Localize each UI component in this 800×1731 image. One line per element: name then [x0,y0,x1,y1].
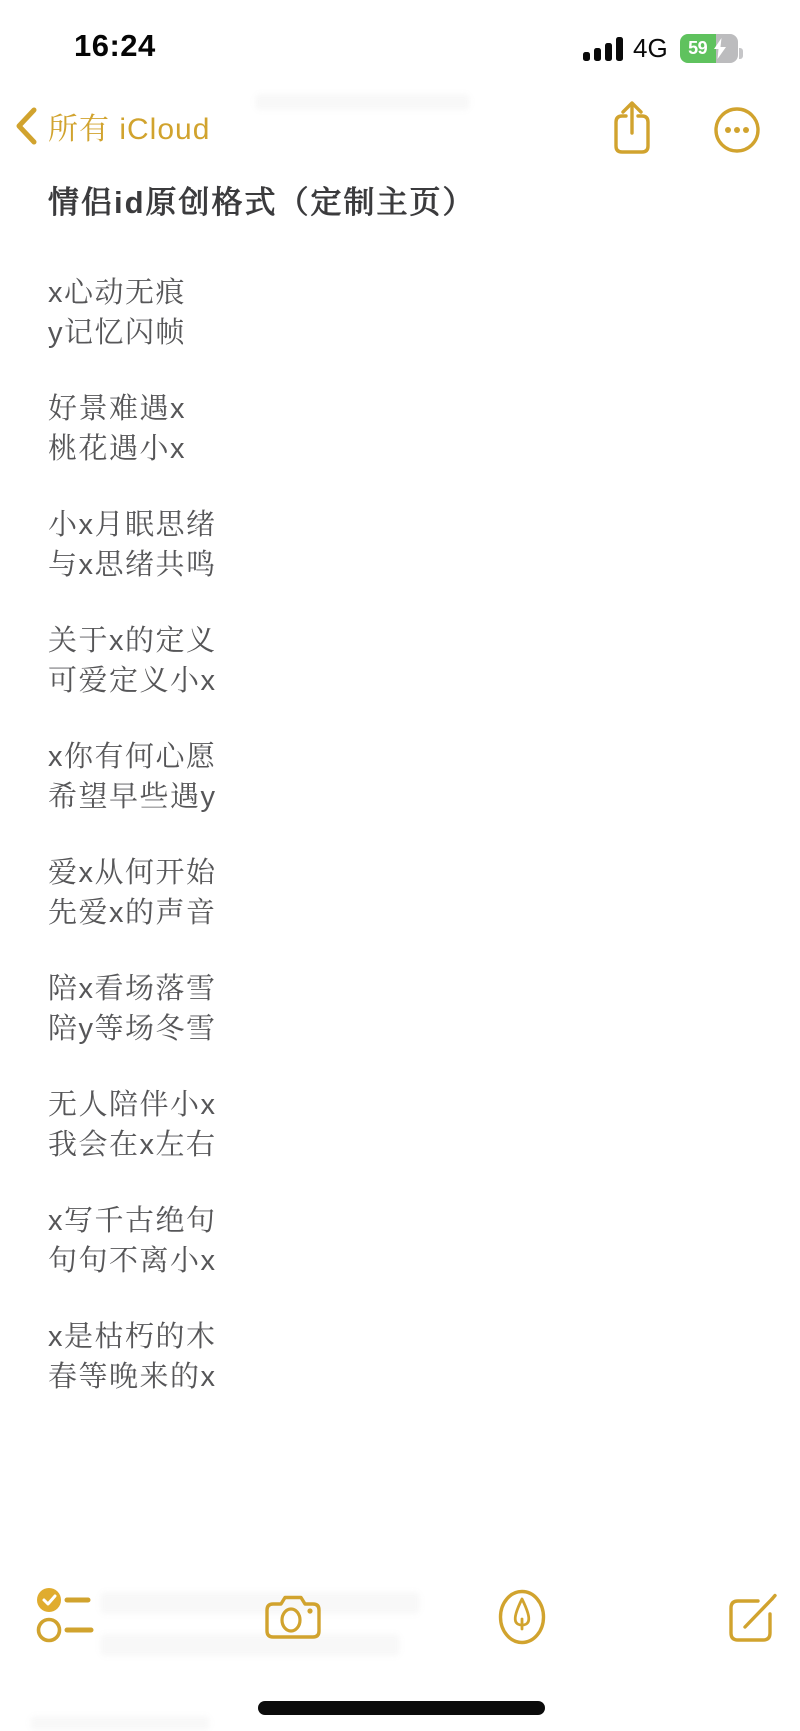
id-pair: x是枯朽的木 春等晚来的x [48,1317,760,1397]
charging-bolt-icon [713,38,727,59]
notes-app-screen: 16:24 4G 59 所有 iCloud [0,0,800,1731]
id-line: 先爱x的声音 [48,893,760,933]
back-button[interactable]: 所有 iCloud [14,104,210,148]
id-line: 爱x从何开始 [48,853,760,893]
id-pair: 好景难遇x 桃花遇小x [48,389,760,469]
id-pair: x你有何心愿 希望早些遇y [48,737,760,817]
id-line: 桃花遇小x [48,429,760,469]
checklist-icon [36,1586,96,1644]
more-options-button[interactable] [713,106,761,159]
note-title: 情侣id原创格式（定制主页） [48,183,760,223]
id-pair: 关于x的定义 可爱定义小x [48,621,760,701]
id-line: 陪y等场冬雪 [48,1009,760,1049]
id-line: 希望早些遇y [48,777,760,817]
battery-cap [739,48,743,59]
chevron-left-icon [14,106,38,146]
share-icon [609,100,655,156]
checklist-button[interactable] [36,1586,96,1649]
id-line: 我会在x左右 [48,1125,760,1165]
camera-icon [264,1594,322,1640]
id-line: 与x思绪共鸣 [48,545,760,585]
id-line: 陪x看场落雪 [48,969,760,1009]
battery-percent: 59 [688,38,707,59]
id-pair: 爱x从何开始 先爱x的声音 [48,853,760,933]
id-pair: x心动无痕 y记忆闪帧 [48,273,760,353]
markup-button[interactable] [497,1588,547,1651]
id-pair: x写千古绝句 句句不离小x [48,1201,760,1281]
id-line: x心动无痕 [48,273,760,313]
home-indicator[interactable] [258,1701,545,1715]
share-button[interactable] [609,100,655,161]
id-line: 可爱定义小x [48,661,760,701]
cellular-signal-icon [583,37,623,61]
id-pair: 陪x看场落雪 陪y等场冬雪 [48,969,760,1049]
id-pair: 无人陪伴小x 我会在x左右 [48,1085,760,1165]
id-line: 春等晚来的x [48,1357,760,1397]
note-editor-body[interactable]: 情侣id原创格式（定制主页） x心动无痕 y记忆闪帧 好景难遇x 桃花遇小x 小… [48,183,760,1433]
id-line: 小x月眠思绪 [48,505,760,545]
status-time: 16:24 [74,28,156,64]
id-line: x写千古绝句 [48,1201,760,1241]
id-line: 好景难遇x [48,389,760,429]
id-line: 关于x的定义 [48,621,760,661]
id-pair: 小x月眠思绪 与x思绪共鸣 [48,505,760,585]
ghost-artifact [255,94,470,110]
camera-button[interactable] [264,1594,322,1645]
compose-button[interactable] [725,1592,779,1651]
bottom-toolbar [0,1586,800,1658]
id-line: 无人陪伴小x [48,1085,760,1125]
id-line: x是枯朽的木 [48,1317,760,1357]
id-line: 句句不离小x [48,1241,760,1281]
ghost-artifact [30,1716,210,1730]
network-type-label: 4G [633,33,668,64]
battery-charging-icon: 59 [680,34,738,63]
status-right-cluster: 4G 59 [583,33,743,64]
markup-pen-icon [497,1588,547,1646]
back-button-label: 所有 iCloud [48,104,210,148]
compose-icon [725,1592,779,1646]
more-ellipsis-icon [713,106,761,154]
id-line: y记忆闪帧 [48,313,760,353]
id-line: x你有何心愿 [48,737,760,777]
